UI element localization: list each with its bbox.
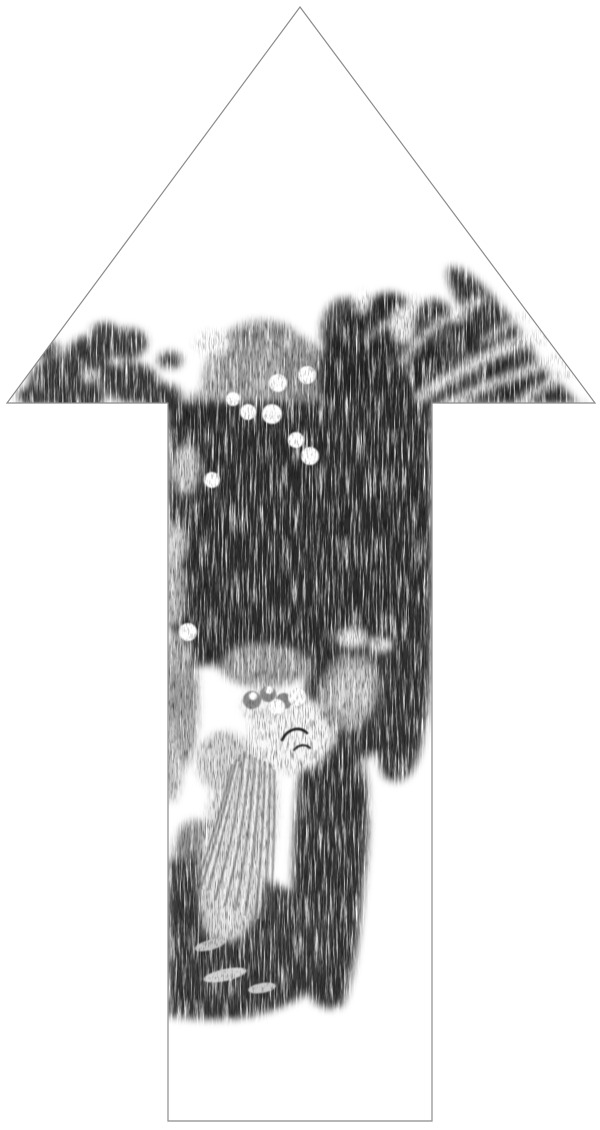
white-bump: [369, 637, 393, 653]
white-curl: [354, 291, 370, 315]
spot-dot: [262, 404, 282, 424]
foliage-gap: [109, 355, 123, 367]
face-white-gap: [195, 331, 231, 357]
foliage-blob: [91, 323, 119, 341]
speck: [189, 393, 203, 401]
sketch-artwork: [17, 257, 595, 1019]
white-curl: [450, 307, 462, 325]
spot-dot: [240, 404, 256, 420]
face-knob: [238, 328, 262, 344]
left-mid-tone: [162, 722, 182, 802]
up-arrow-shape: [0, 0, 600, 1130]
spot-dot: [204, 472, 220, 488]
white-curl: [406, 296, 420, 316]
spot-dot: [288, 688, 306, 706]
knob-highlight: [249, 692, 257, 700]
arrow-graphic: [0, 0, 600, 1130]
foliage-blob: [36, 341, 60, 359]
foliage-blob: [45, 380, 105, 412]
face-knob: [270, 324, 290, 338]
spot-dot: [301, 447, 319, 465]
spot-dot: [226, 392, 240, 406]
spot-dot: [179, 623, 197, 641]
foliage-blob: [158, 352, 182, 368]
knob-highlight: [265, 686, 273, 694]
spot-dot: [269, 374, 287, 392]
left-edge-light: [162, 558, 186, 626]
foliage-gap: [81, 368, 99, 382]
left-edge-light: [172, 444, 200, 496]
spot-dot: [298, 366, 316, 384]
white-bump: [336, 628, 368, 648]
spot-dot: [288, 432, 304, 448]
spot-dot: [269, 699, 285, 715]
light-bridge: [220, 643, 310, 687]
